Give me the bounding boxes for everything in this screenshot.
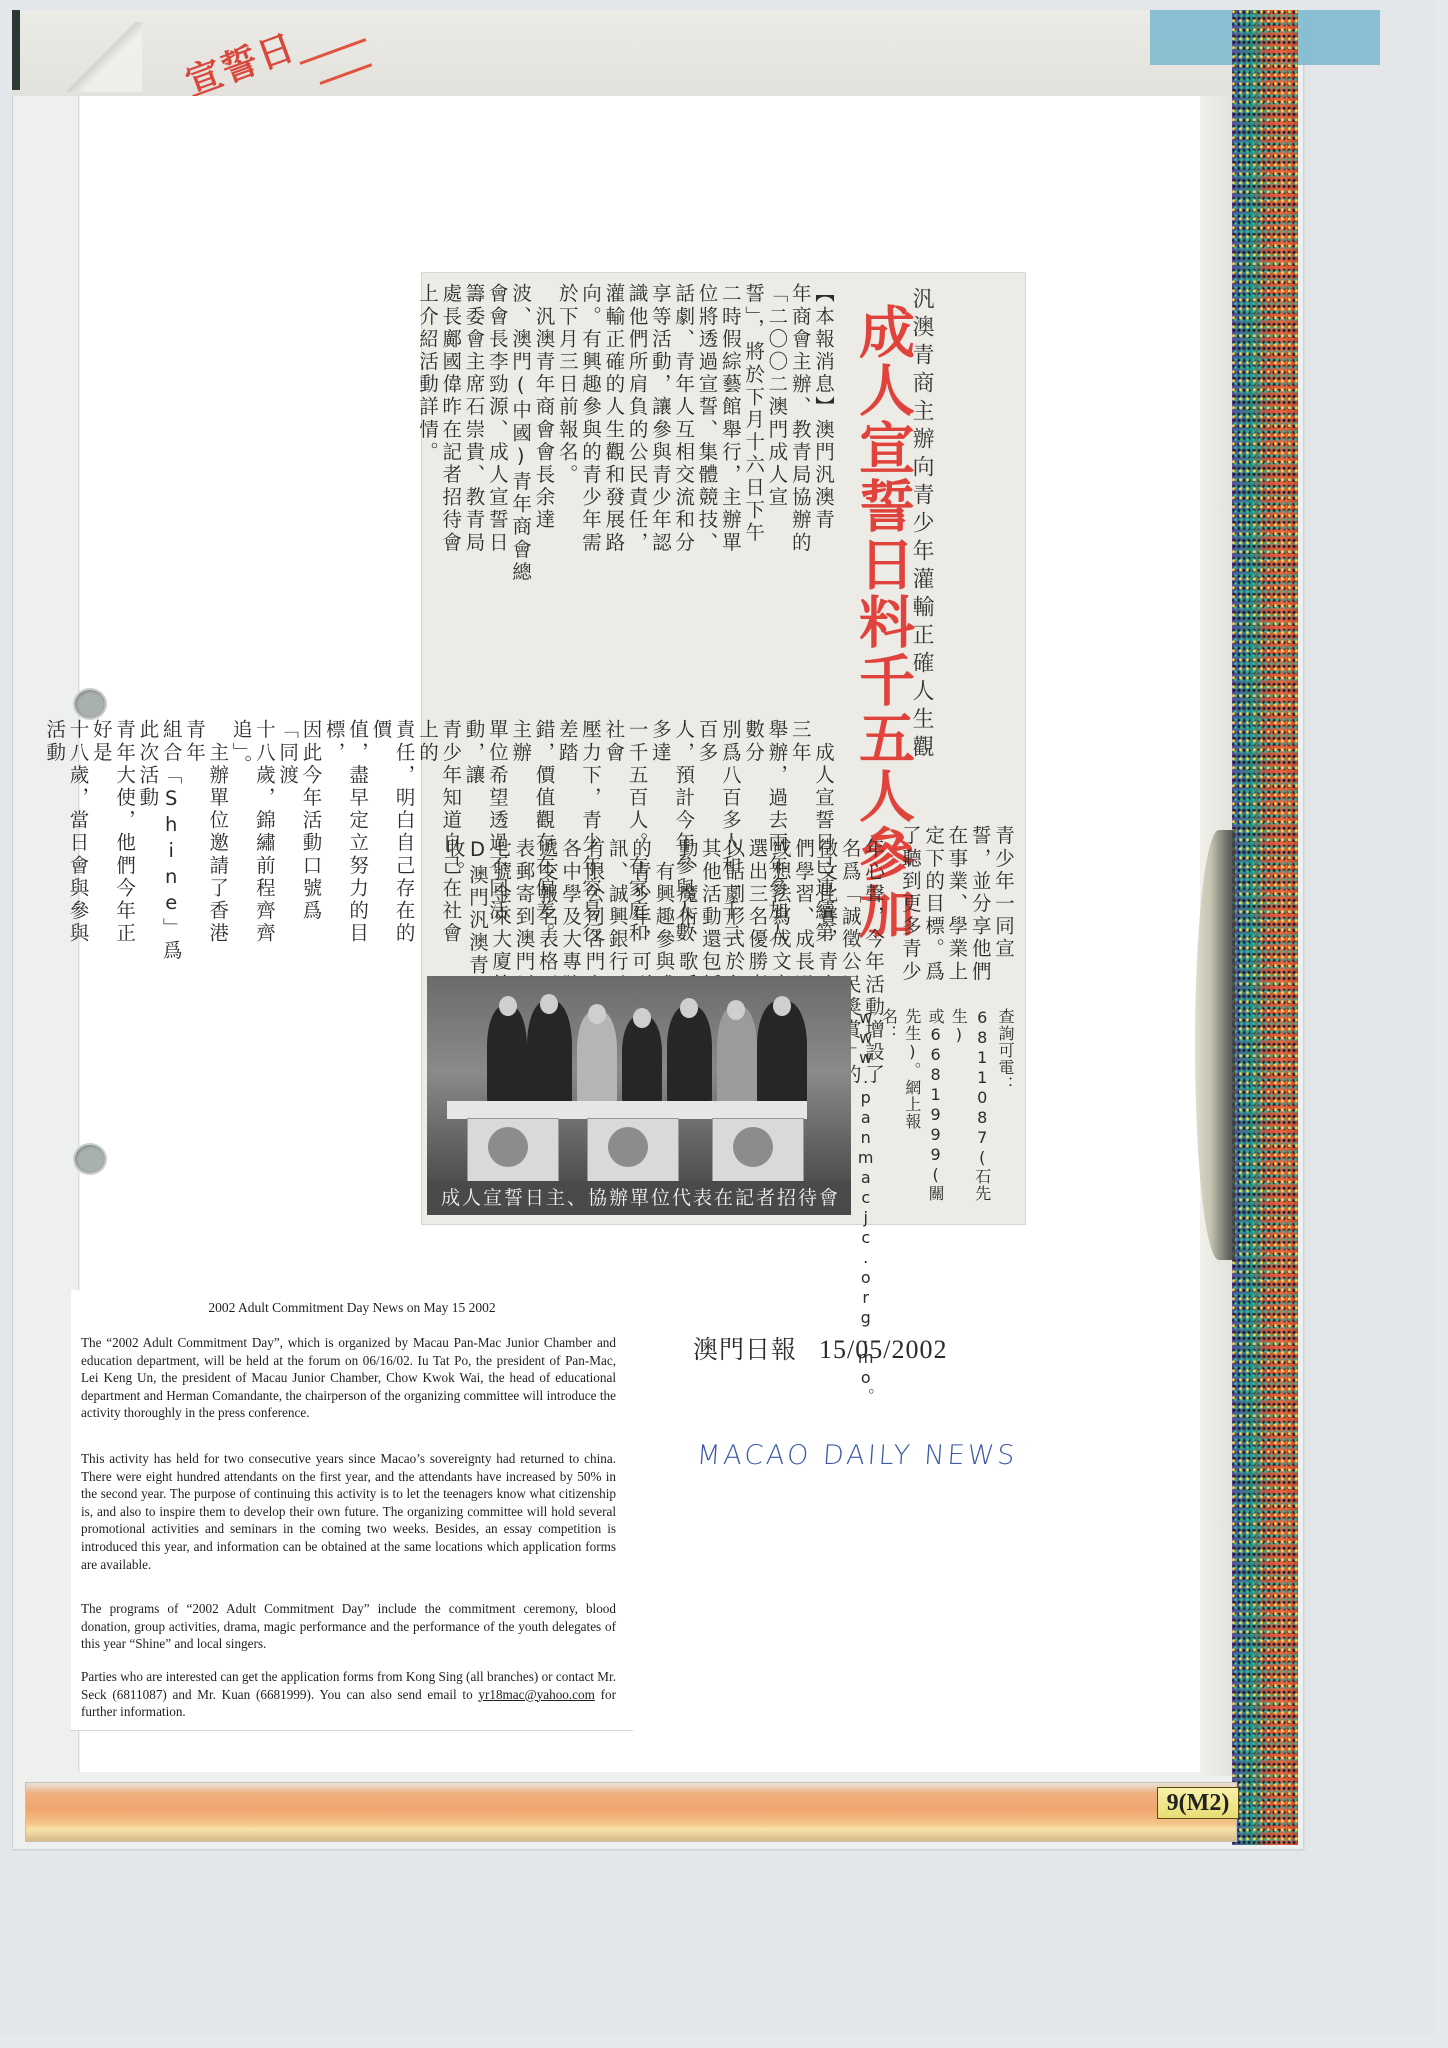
disc-shadow xyxy=(1195,830,1235,1260)
handwritten-note: MACAO DAILY NEWS xyxy=(696,1440,1019,1471)
article-line: 追」。 xyxy=(229,719,252,964)
contact-info: 查詢可電：6811087(石先生)或6681999(關先生)。網上報名：www.… xyxy=(854,1008,1017,1218)
article-line: 【本報消息】澳門汎澳青 xyxy=(812,283,835,703)
page-label: 9(M2) xyxy=(1157,1787,1239,1819)
photo-person xyxy=(577,1011,617,1106)
photo-person xyxy=(667,1006,712,1106)
article-line: 查詢可電：6811087(石先生) xyxy=(947,1008,1017,1218)
punch-hole-icon xyxy=(73,688,107,720)
article-line: 青少年一同宣 xyxy=(992,825,1015,1005)
newspaper-name: 澳門日報 xyxy=(693,1335,797,1364)
article-line: 定下的目標。爲 xyxy=(922,825,945,1005)
article-line: 「二〇〇二澳門成人宣 xyxy=(765,283,788,703)
article-line: 於下月三日前報名。 xyxy=(555,283,578,703)
photo-face xyxy=(727,1000,745,1020)
article-columns-right: 青少年一同宣誓，並分享他們在事業、學業上定下的目標。爲了聽到更多青少 xyxy=(899,825,1015,1005)
english-translation: 2002 Adult Commitment Day News on May 15… xyxy=(70,1290,633,1731)
article-line: 誓，並分享他們 xyxy=(968,825,991,1005)
translation-paragraph: The programs of “2002 Adult Commitment D… xyxy=(81,1600,616,1653)
article-line: 組合「Shine」爲此次活動 xyxy=(136,719,183,964)
photo-poster xyxy=(587,1118,679,1182)
photo-face xyxy=(588,1004,606,1024)
article-line: 責任，明白自己存在的價 xyxy=(369,719,416,964)
photo-face xyxy=(680,998,698,1018)
article-line: 值，盡早定立努力的目標， xyxy=(322,719,369,964)
article-line: 青年大使，他們今年正好是 xyxy=(90,719,137,964)
article-line: 處長鄺國偉昨在記者招待會 xyxy=(439,283,462,703)
punch-hole-icon xyxy=(73,1143,107,1175)
bottom-orange-strip xyxy=(25,1782,1237,1842)
article-line: 波、澳門(中國)青年商會總 xyxy=(509,283,532,703)
photo-person xyxy=(717,1006,757,1106)
article-columns-top: 【本報消息】澳門汎澳青年商會主辦、教青局協辦的「二〇〇二澳門成人宣誓」，將於下月… xyxy=(416,283,835,703)
article-line: 話劇、青年人互相交流和分 xyxy=(672,283,695,703)
email-link[interactable]: yr18mac@yahoo.com xyxy=(478,1687,595,1702)
article-line: 二時假綜藝館舉行，主辦單 xyxy=(719,283,742,703)
photo-table xyxy=(447,1101,807,1119)
photo-face xyxy=(773,996,791,1016)
article-line: 主辦單位邀請了香港青年 xyxy=(183,719,230,964)
translation-paragraph: This activity has held for two consecuti… xyxy=(81,1450,616,1573)
photo-poster xyxy=(712,1118,804,1182)
article-line: 誓」，將於下月十六日下午 xyxy=(742,283,765,703)
article-line: 十八歲，錦繡前程齊齊 xyxy=(253,719,276,964)
article-line: 籌委會主席石崇貴、教青局 xyxy=(462,283,485,703)
photo-person xyxy=(757,1001,807,1111)
photo-poster xyxy=(467,1118,559,1182)
photo-person xyxy=(622,1016,662,1106)
article-line: 或6681999(關先生)。網上報 xyxy=(901,1008,948,1218)
translation-title: 2002 Adult Commitment Day News on May 15… xyxy=(71,1300,633,1316)
source-citation: 澳門日報15/05/2002 xyxy=(693,1330,947,1366)
translation-paragraph-contact: Parties who are interested can get the a… xyxy=(81,1668,616,1721)
article-line: 汎澳青年商會會長余達 xyxy=(532,283,555,703)
photo-face xyxy=(499,996,517,1016)
translation-paragraph: The “2002 Adult Commitment Day”, which i… xyxy=(81,1334,616,1422)
article-line: 上介紹活動詳情。 xyxy=(416,283,439,703)
photo-face xyxy=(540,994,558,1014)
photo-person xyxy=(487,1006,527,1106)
article-line: 十八歲，當日會與參與活動 xyxy=(43,719,90,964)
article-line: 識他們所肩負的公民責任， xyxy=(625,283,648,703)
photo-caption: 成人宣誓日主、協辦單位代表在記者招待會上合照。 xyxy=(427,1181,851,1215)
newspaper-clipping: 汎澳青商主辦向青少年灌輸正確人生觀 成人宣誓日料千五人參加 【本報消息】澳門汎澳… xyxy=(421,272,1026,1225)
article-line: 因此今年活動口號爲「同渡 xyxy=(276,719,323,964)
article-line: 享等活動，讓參與青少年認 xyxy=(649,283,672,703)
article-line: 灌輸正確的人生觀和發展路 xyxy=(602,283,625,703)
sleeve-left-edge xyxy=(12,10,20,90)
photo-face xyxy=(633,1008,651,1028)
glitter-spine-strip xyxy=(1232,10,1298,1845)
article-line: 了聽到更多青少 xyxy=(899,825,922,1005)
article-line: 年商會主辦、教青局協辦的 xyxy=(788,283,811,703)
publication-date: 15/05/2002 xyxy=(819,1335,947,1364)
press-conference-photo: 成人宣誓日主、協辦單位代表在記者招待會上合照。 xyxy=(427,976,851,1215)
article-line: 名：www.panmacjc.org.mo。 xyxy=(854,1008,901,1218)
sleeve-fold-corner xyxy=(62,22,142,92)
article-line: 位將透過宣誓、集體競技、 xyxy=(695,283,718,703)
article-line: 向。有興趣參與的青少年需 xyxy=(579,283,602,703)
article-line: 會會長李勁源、成人宣誓日 xyxy=(486,283,509,703)
article-line: 在事業、學業上 xyxy=(945,825,968,1005)
photo-person xyxy=(527,1001,572,1111)
